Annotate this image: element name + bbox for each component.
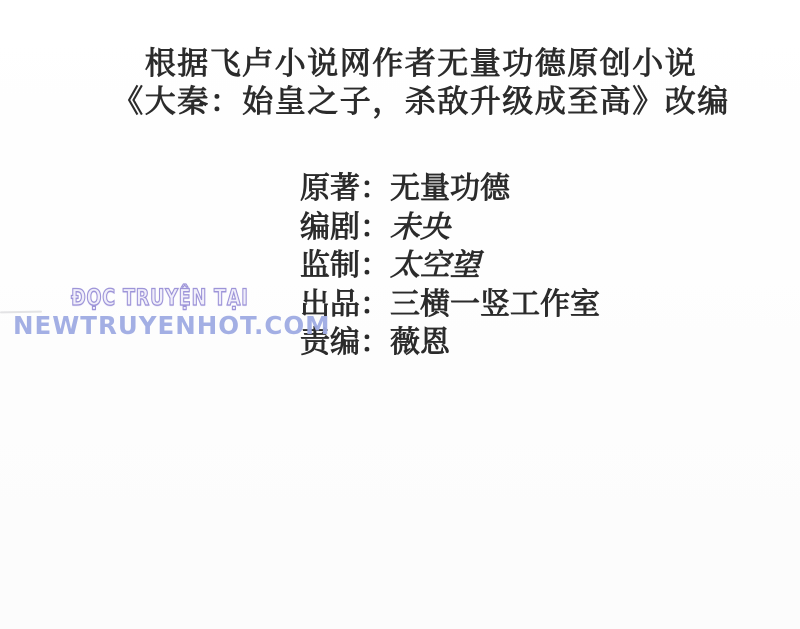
credit-colon: ： xyxy=(360,171,390,206)
credit-row-screenwriter: 编剧：未央 xyxy=(300,209,600,248)
credit-row-producer: 出品：三横一竖工作室 xyxy=(300,286,600,325)
adaptation-notice: 根据飞卢小说网作者无量功德原创小说 《大秦：始皇之子，杀敌升级成至高》改编 xyxy=(42,45,800,121)
credit-value: 太空望 xyxy=(390,248,480,283)
comic-credits-page: 根据飞卢小说网作者无量功德原创小说 《大秦：始皇之子，杀敌升级成至高》改编 原著… xyxy=(0,0,800,629)
credit-value: 未央 xyxy=(390,210,450,245)
watermark-sitename: NEWTRUYENHOT.COM xyxy=(13,311,331,340)
credits-list: 原著：无量功德 编剧：未央 监制：太空望 出品：三横一竖工作室 责编：薇恩 xyxy=(300,170,600,363)
credit-label: 监制 xyxy=(300,248,360,283)
adaptation-notice-line2: 《大秦：始皇之子，杀敌升级成至高》改编 xyxy=(42,83,800,121)
credit-row-supervisor: 监制：太空望 xyxy=(300,247,600,286)
adaptation-notice-line1: 根据飞卢小说网作者无量功德原创小说 xyxy=(42,45,800,83)
credit-value: 薇恩 xyxy=(390,325,450,360)
credit-row-original-author: 原著：无量功德 xyxy=(300,170,600,209)
credit-label: 编剧 xyxy=(300,210,360,245)
credit-colon: ： xyxy=(360,210,390,245)
credit-colon: ： xyxy=(360,248,390,283)
credit-value: 三横一竖工作室 xyxy=(390,287,600,322)
credit-label: 原著 xyxy=(300,171,360,206)
credit-row-editor: 责编：薇恩 xyxy=(300,324,600,363)
credit-colon: ： xyxy=(360,325,390,360)
credit-value: 无量功德 xyxy=(390,171,510,206)
watermark-tagline: ĐỌC TRUYỆN TẠI xyxy=(71,286,249,311)
credit-colon: ： xyxy=(360,287,390,322)
